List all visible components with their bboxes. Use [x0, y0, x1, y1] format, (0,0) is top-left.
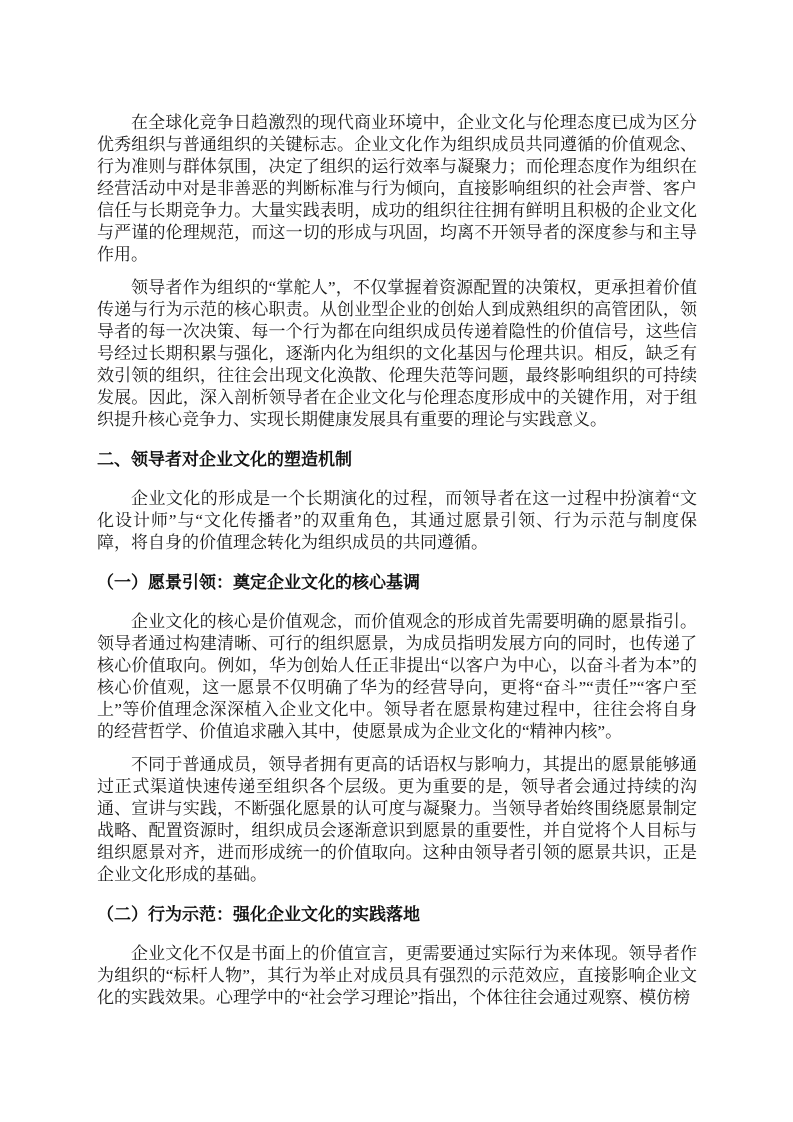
- paragraph-vision-2: 不同于普通成员，领导者拥有更高的话语权与影响力，其提出的愿景能够通过正式渠道快速…: [97, 754, 697, 886]
- paragraph-intro-1: 在全球化竞争日趋激烈的现代商业环境中，企业文化与伦理态度已成为区分优秀组织与普通…: [97, 112, 697, 266]
- document-body: 在全球化竞争日趋激烈的现代商业环境中，企业文化与伦理态度已成为区分优秀组织与普通…: [97, 112, 697, 1009]
- paragraph-intro-2: 领导者作为组织的“掌舵人”，不仅掌握着资源配置的决策权，更承担着价值传递与行为示…: [97, 277, 697, 431]
- paragraph-section-2-intro: 企业文化的形成是一个长期演化的过程，而领导者在这一过程中扮演着“文化设计师”与“…: [97, 488, 697, 554]
- section-heading-2: 二、领导者对企业文化的塑造机制: [97, 449, 697, 471]
- paragraph-behavior-1: 企业文化不仅是书面上的价值宣言，更需要通过实际行为来体现。领导者作为组织的“标杆…: [97, 943, 697, 1009]
- document-page: 在全球化竞争日趋激烈的现代商业环境中，企业文化与伦理态度已成为区分优秀组织与普通…: [0, 0, 793, 1122]
- subsection-heading-2-2: （二）行为示范：强化企业文化的实践落地: [97, 904, 697, 926]
- subsection-heading-2-1: （一）愿景引领：奠定企业文化的核心基调: [97, 572, 697, 594]
- paragraph-vision-1: 企业文化的核心是价值观念，而价值观念的形成首先需要明确的愿景指引。领导者通过构建…: [97, 611, 697, 743]
